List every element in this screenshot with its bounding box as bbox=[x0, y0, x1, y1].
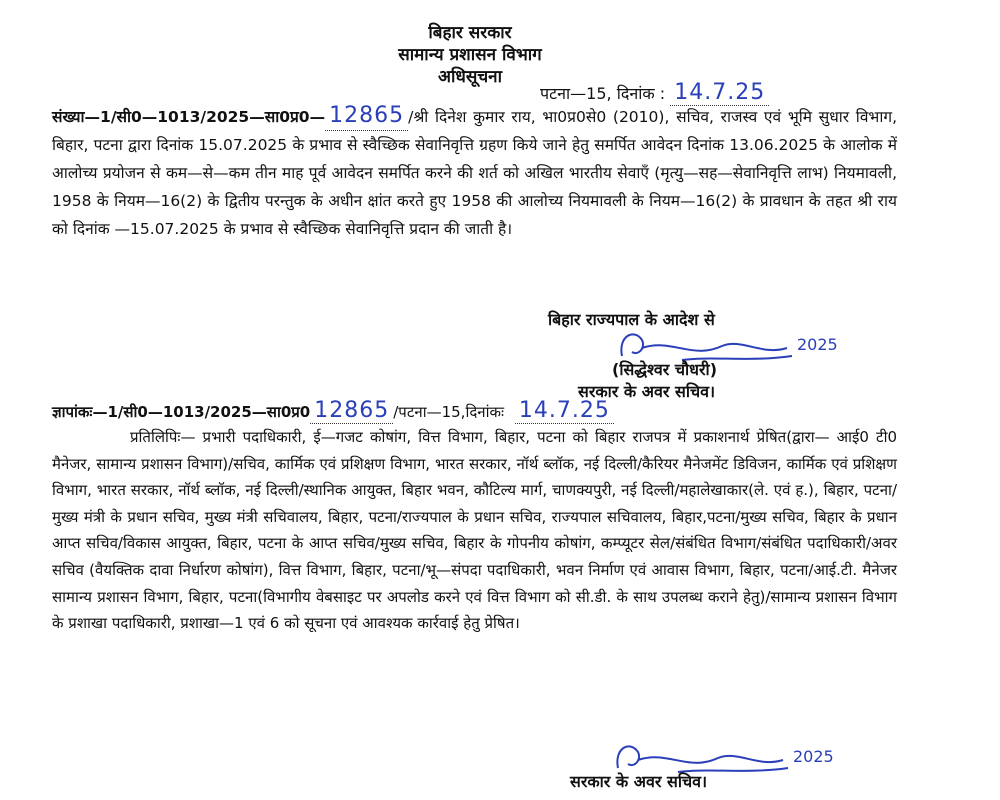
svg-text:2025: 2025 bbox=[797, 335, 838, 354]
memo-signatory-designation: सरकार के अवर सचिव। bbox=[570, 770, 707, 792]
department-title: सामान्य प्रशासन विभाग bbox=[0, 42, 970, 65]
memo-ref: ज्ञापांकः—1/सी0—1013/2025—सा0प्र0 bbox=[52, 403, 310, 421]
memo-handwritten-number: 12865 bbox=[310, 398, 393, 424]
svg-text:2025: 2025 bbox=[793, 747, 834, 766]
memo-place-date: /पटना—15,दिनांकः bbox=[393, 403, 504, 421]
government-title: बिहार सरकार bbox=[0, 20, 970, 43]
memo-handwritten-date: 14.7.25 bbox=[515, 398, 614, 424]
place-date-label: पटना—15, दिनांक : bbox=[540, 84, 665, 103]
notification-body: /श्री दिनेश कुमार राय, भा0प्र0से0 (2010)… bbox=[52, 108, 897, 238]
copy-paragraph: प्रतिलिपिः— प्रभारी पदाधिकारी, ई—गजट कोष… bbox=[52, 424, 897, 637]
memo-ref-line: ज्ञापांकः—1/सी0—1013/2025—सा0प्र012865/प… bbox=[52, 398, 614, 424]
document-type: अधिसूचना bbox=[0, 64, 970, 87]
notification-document: बिहार सरकार सामान्य प्रशासन विभाग अधिसूच… bbox=[0, 0, 1000, 800]
signatory-name: (सिद्धेश्वर चौधरी) bbox=[612, 358, 717, 380]
notification-ref: संख्या—1/सी0—1013/2025—सा0प्र0— bbox=[52, 108, 325, 126]
handwritten-ref-number: 12865 bbox=[325, 102, 408, 131]
notification-paragraph: संख्या—1/सी0—1013/2025—सा0प्र0—12865/श्र… bbox=[52, 102, 897, 243]
